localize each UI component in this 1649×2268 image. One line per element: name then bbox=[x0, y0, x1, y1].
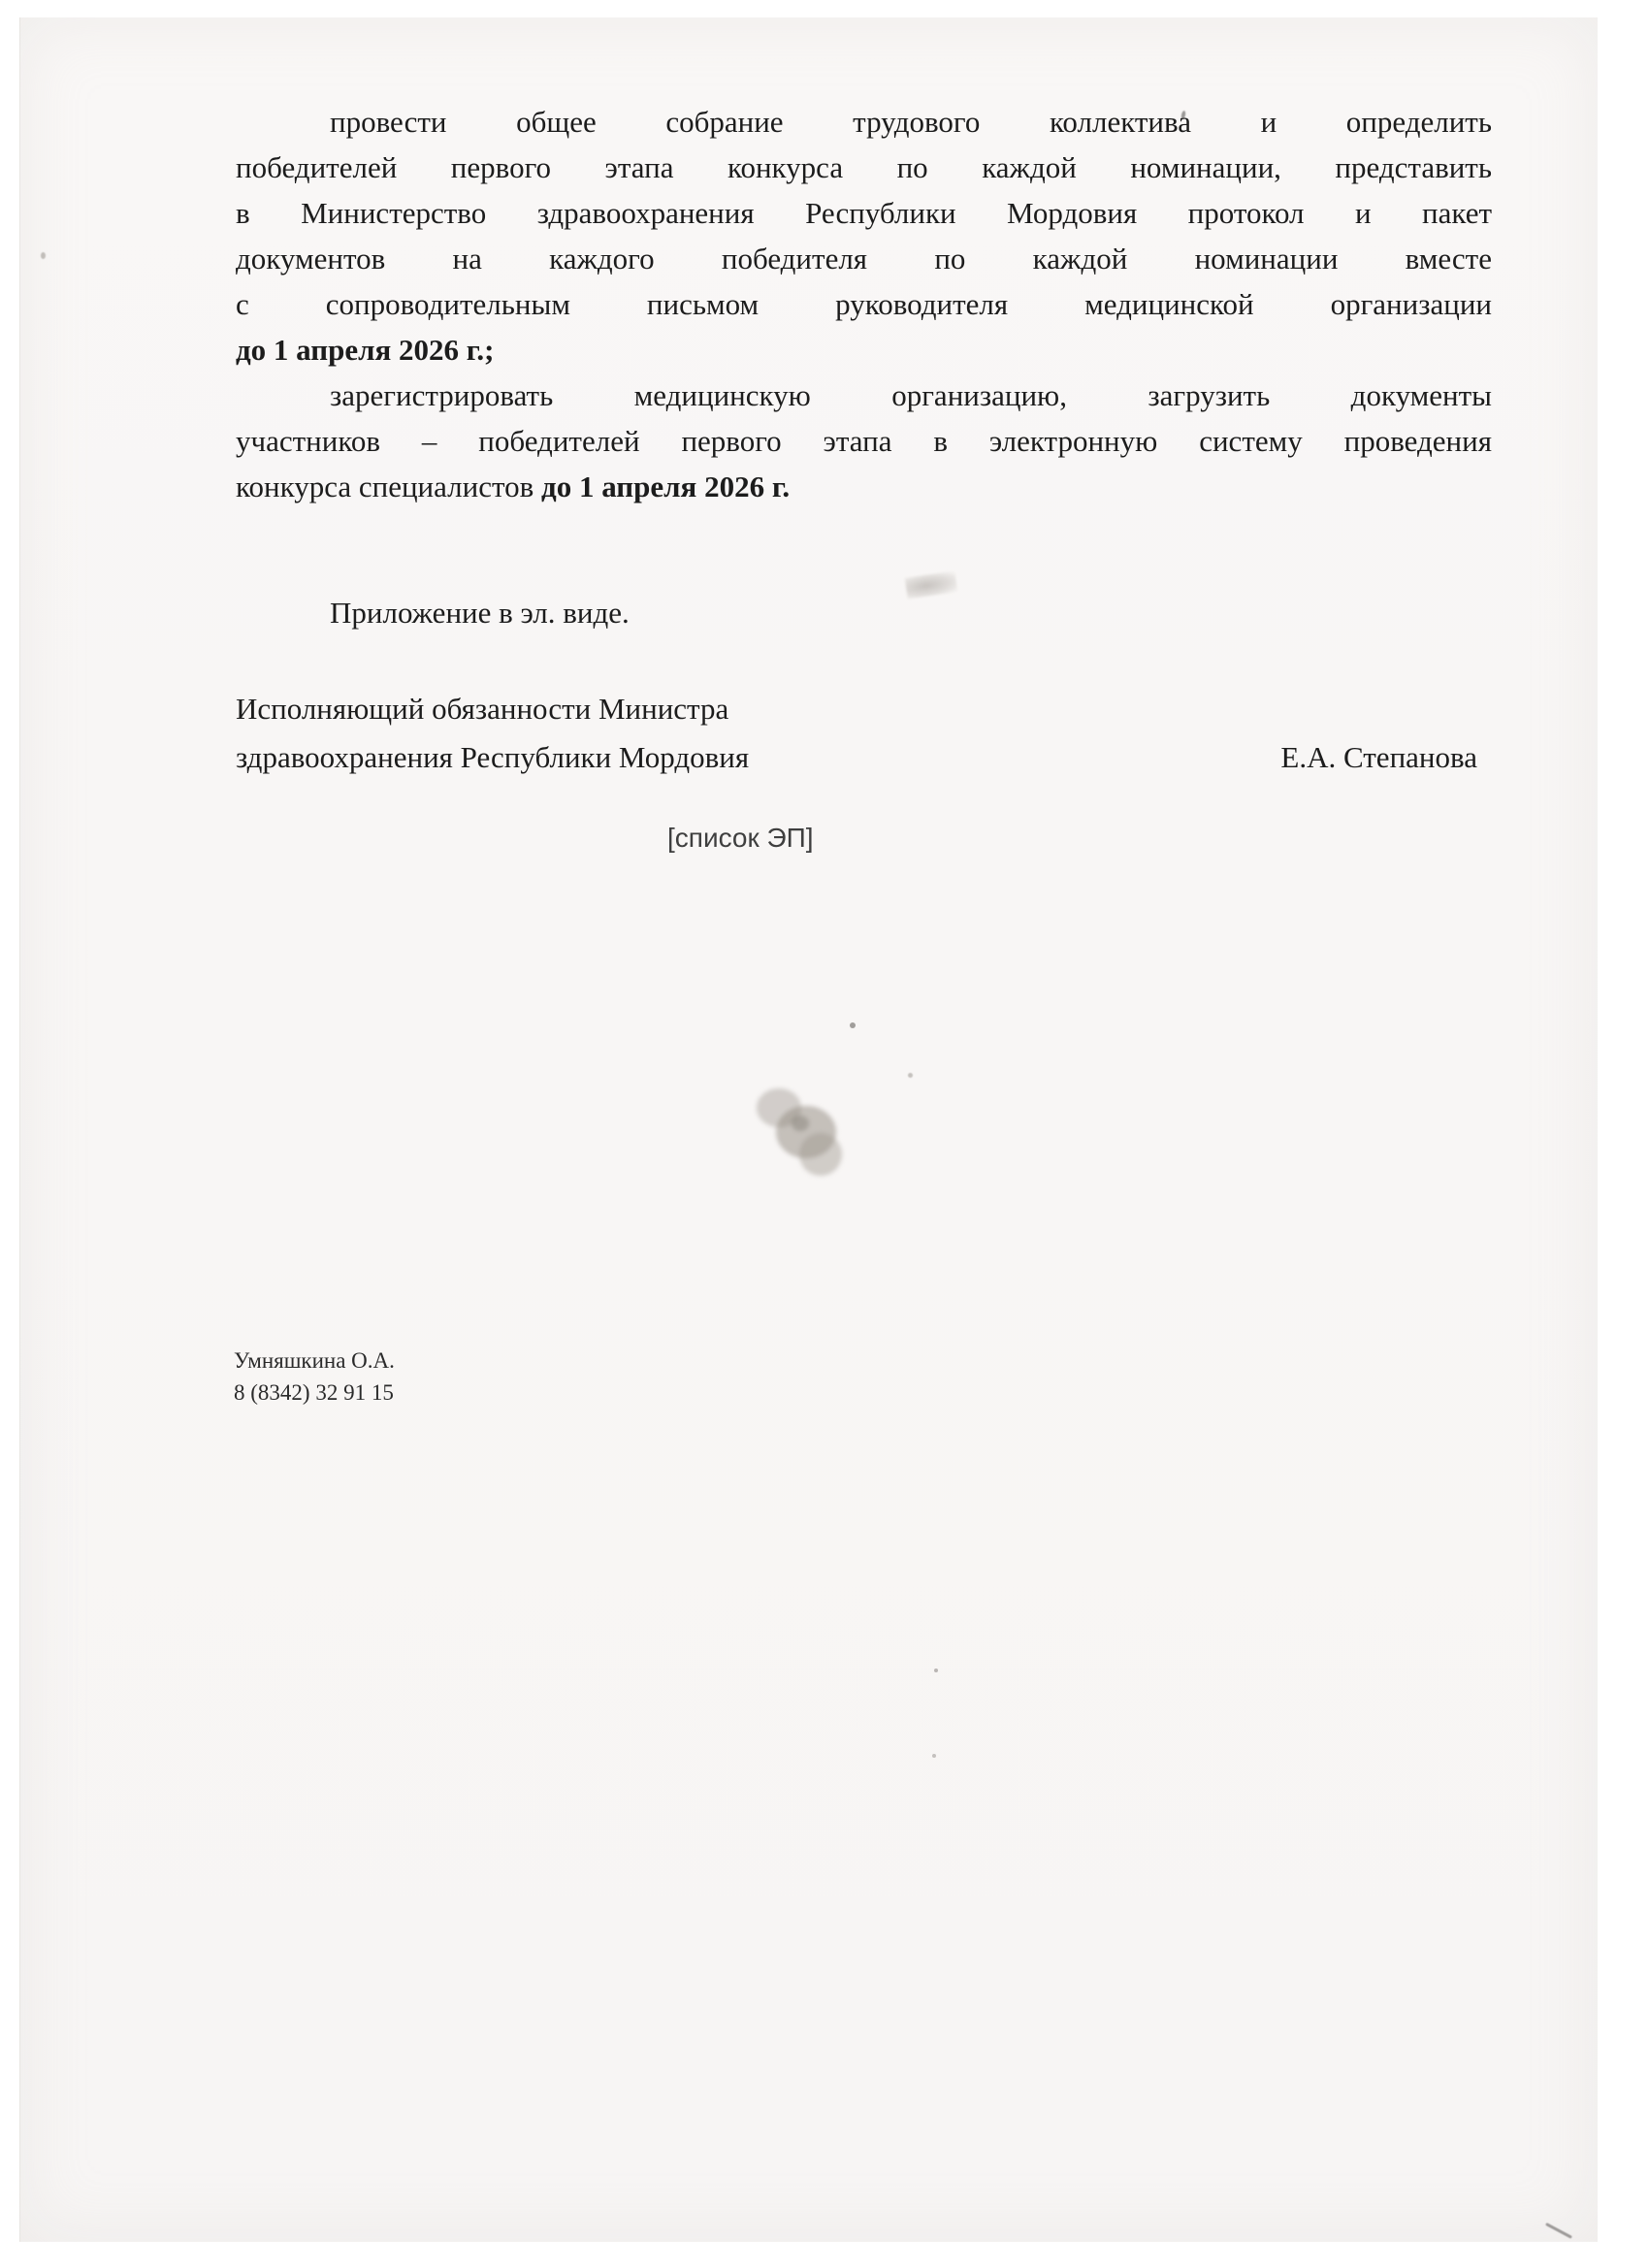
scan-speck bbox=[934, 1669, 938, 1672]
scan-smudge-faint bbox=[905, 570, 958, 599]
signature-block: Исполняющий обязанности Министра здравоо… bbox=[236, 685, 1477, 782]
scan-speck bbox=[908, 1073, 913, 1078]
body-line-segment: конкурса специалистов bbox=[236, 470, 541, 503]
smudge-blob bbox=[792, 1116, 809, 1131]
body-line: участников – победителей первого этапа в… bbox=[236, 418, 1492, 464]
body-line-segment: документов на каждого победителя по кажд… bbox=[236, 242, 1492, 275]
body-line: провести общее собрание трудового коллек… bbox=[236, 99, 1492, 145]
body-line: до 1 апреля 2026 г.; bbox=[236, 327, 1492, 373]
body-line: в Министерство здравоохранения Республик… bbox=[236, 190, 1492, 236]
signatory-name: Е.А. Степанова bbox=[1280, 733, 1477, 782]
body-line: зарегистрировать медицинскую организацию… bbox=[236, 373, 1492, 418]
body-line-segment: участников – победителей первого этапа в… bbox=[236, 424, 1492, 458]
contact-phone: 8 (8342) 32 91 15 bbox=[234, 1377, 395, 1409]
scanned-letter-page: провести общее собрание трудового коллек… bbox=[19, 17, 1598, 2242]
body-line: конкурса специалистов до 1 апреля 2026 г… bbox=[236, 464, 1492, 509]
smudge-blob bbox=[776, 1106, 836, 1158]
body-line: победителей первого этапа конкурса по ка… bbox=[236, 145, 1492, 190]
body-line-segment: с сопроводительным письмом руководителя … bbox=[236, 287, 1492, 321]
body-line-bold-segment: до 1 апреля 2026 г.; bbox=[236, 333, 494, 367]
scan-speck bbox=[850, 1022, 856, 1028]
contact-footer: Умняшкина О.А. 8 (8342) 32 91 15 bbox=[234, 1345, 395, 1409]
body-text: провести общее собрание трудового коллек… bbox=[236, 99, 1492, 509]
signatory-position-line1: Исполняющий обязанности Министра bbox=[236, 685, 749, 733]
body-line-segment: в Министерство здравоохранения Республик… bbox=[236, 196, 1492, 230]
body-line-segment: зарегистрировать медицинскую организацию… bbox=[330, 378, 1492, 412]
smudge-blob bbox=[757, 1088, 801, 1127]
signatory-position: Исполняющий обязанности Министра здравоо… bbox=[236, 685, 749, 782]
body-line: документов на каждого победителя по кажд… bbox=[236, 236, 1492, 281]
body-line-segment: провести общее собрание трудового коллек… bbox=[330, 105, 1492, 139]
body-line-segment: победителей первого этапа конкурса по ка… bbox=[236, 150, 1492, 184]
smudge-blob bbox=[799, 1133, 842, 1176]
scan-speck bbox=[41, 252, 46, 259]
attachment-note: Приложение в эл. виде. bbox=[330, 590, 630, 635]
electronic-signature-stamp: [список ЭП] bbox=[667, 823, 814, 854]
scan-speck bbox=[932, 1754, 936, 1758]
signatory-position-line2: здравоохранения Республики Мордовия bbox=[236, 733, 749, 782]
body-line-bold-segment: до 1 апреля 2026 г. bbox=[541, 470, 790, 503]
scan-smudge-large bbox=[749, 1083, 856, 1180]
contact-name: Умняшкина О.А. bbox=[234, 1345, 395, 1377]
body-line: с сопроводительным письмом руководителя … bbox=[236, 281, 1492, 327]
scan-pen-mark bbox=[1545, 2222, 1572, 2239]
